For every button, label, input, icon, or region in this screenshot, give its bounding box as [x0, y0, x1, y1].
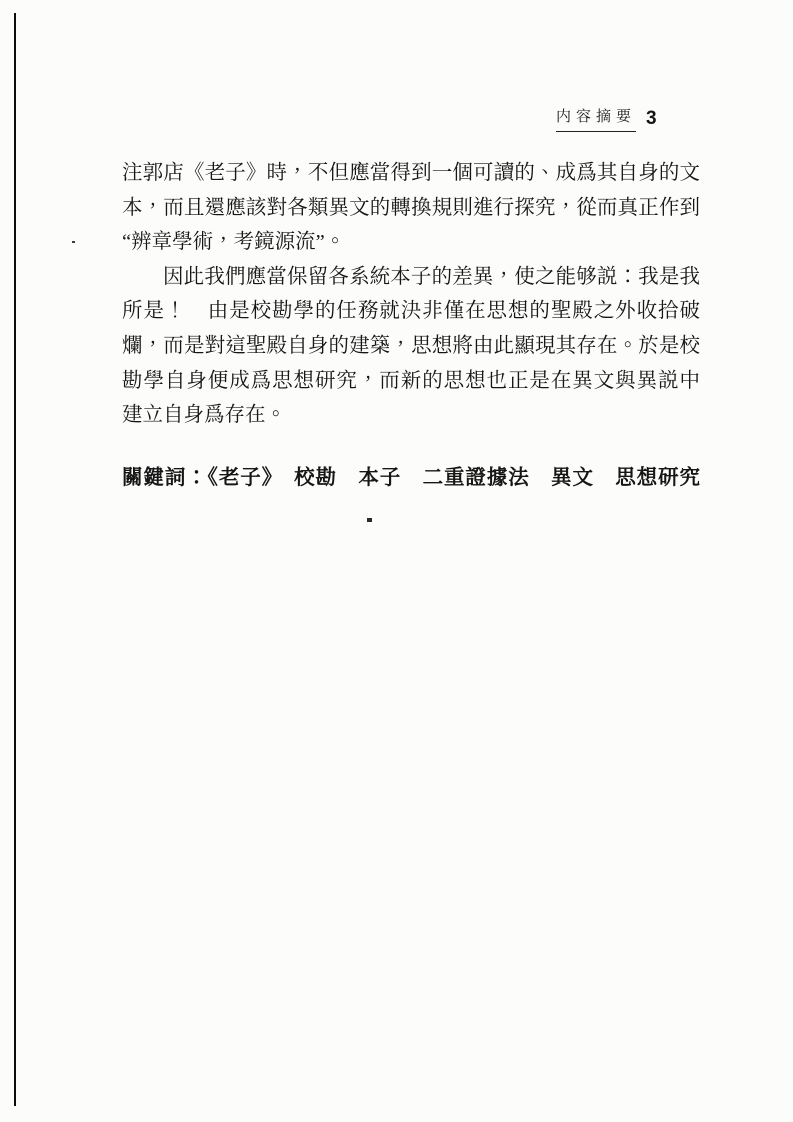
scan-speck: [367, 518, 372, 522]
body-line: 注郭店《老子》時，不但應當得到一個可讀的、成爲其自身的文: [122, 156, 700, 191]
spine-scan-line: [14, 13, 16, 1106]
running-head: 内容摘要 3: [556, 109, 657, 132]
running-title: 内容摘要: [556, 109, 636, 132]
page-number: 3: [646, 109, 657, 128]
body-line: 勘學自身便成爲思想研究，而新的思想也正是在異文與異説中: [122, 364, 700, 399]
paragraph: 因此我們應當保留各系統本子的差異，使之能够説：我是我 所是！ 由是校勘學的任務就…: [122, 260, 700, 433]
keywords-line: 關鍵詞：《老子》 校勘 本子 二重證據法 異文 思想研究: [122, 461, 700, 496]
body-line: 建立自身爲存在。: [122, 398, 700, 433]
scanned-book-page: 内容摘要 3 注郭店《老子》時，不但應當得到一個可讀的、成爲其自身的文 本，而且…: [0, 0, 793, 1122]
abstract-text-block: 注郭店《老子》時，不但應當得到一個可讀的、成爲其自身的文 本，而且還應該對各類異…: [122, 156, 700, 495]
scan-speck: [72, 241, 75, 243]
body-line: 爛，而是對這聖殿自身的建築，思想將由此顯現其存在。於是校: [122, 329, 700, 364]
body-line: 所是！ 由是校勘學的任務就決非僅在思想的聖殿之外收拾破: [122, 294, 700, 329]
body-line: 因此我們應當保留各系統本子的差異，使之能够説：我是我: [122, 260, 700, 295]
body-line: 本，而且還應該對各類異文的轉換規則進行探究，從而真正作到: [122, 191, 700, 226]
paragraph: 注郭店《老子》時，不但應當得到一個可讀的、成爲其自身的文 本，而且還應該對各類異…: [122, 156, 700, 260]
body-line: “辨章學術，考鏡源流”。: [122, 225, 700, 260]
